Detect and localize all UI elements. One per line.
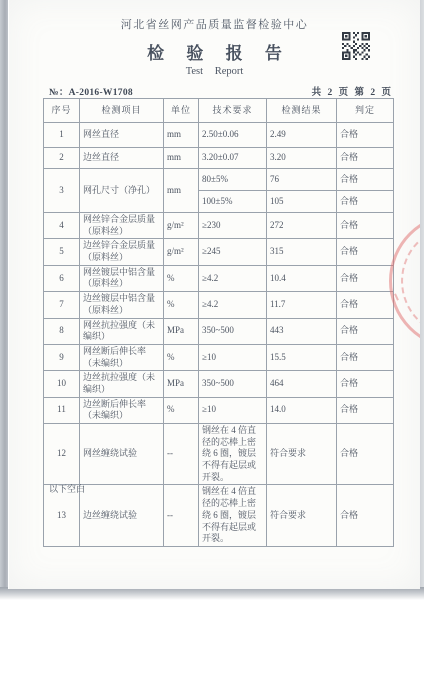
table-row: 5 边丝锌合金层质量（原料丝） g/m² ≥245 315 合格 xyxy=(44,239,394,265)
cell-item: 网丝镀层中铝含量（原料丝） xyxy=(80,265,164,291)
cell-unit: % xyxy=(164,265,199,291)
cell-requirement: 钢丝在 4 倍直径的芯棒上密绕 6 圈，镀层不得有起层或开裂。 xyxy=(199,424,267,485)
column-header-result: 检测结果 xyxy=(267,99,337,123)
cell-unit: % xyxy=(164,292,199,318)
cell-judgment: 合格 xyxy=(337,318,394,344)
qr-code-icon xyxy=(342,31,370,61)
cell-no: 6 xyxy=(44,265,80,291)
cell-requirement: 2.50±0.06 xyxy=(199,123,267,148)
cell-no: 1 xyxy=(44,123,80,148)
cell-result: 15.5 xyxy=(267,344,337,370)
cell-requirement: ≥4.2 xyxy=(199,265,267,291)
cell-no: 4 xyxy=(44,213,80,239)
table-row: 13 边丝缠绕试验 -- 钢丝在 4 倍直径的芯棒上密绕 6 圈，镀层不得有起层… xyxy=(44,485,394,546)
cell-no: 9 xyxy=(44,344,80,370)
table-row: 9 网丝断后伸长率（未编织） % ≥10 15.5 合格 xyxy=(44,344,394,370)
cell-item: 网丝抗拉强度（未编织） xyxy=(80,318,164,344)
cell-result: 76 xyxy=(267,169,337,191)
cell-unit: % xyxy=(164,344,199,370)
cell-no: 11 xyxy=(44,397,80,423)
cell-requirement: ≥230 xyxy=(199,213,267,239)
cell-item: 边丝直径 xyxy=(80,148,164,169)
cell-requirement: 钢丝在 4 倍直径的芯棒上密绕 6 圈，镀层不得有起层或开裂。 xyxy=(199,485,267,546)
cell-judgment: 合格 xyxy=(337,148,394,169)
cell-requirement: 350~500 xyxy=(199,318,267,344)
table-row: 6 网丝镀层中铝含量（原料丝） % ≥4.2 10.4 合格 xyxy=(44,265,394,291)
cell-judgment: 合格 xyxy=(337,485,394,546)
cell-item: 边丝镀层中铝含量（原料丝） xyxy=(80,292,164,318)
cell-no: 5 xyxy=(44,239,80,265)
cell-judgment: 合格 xyxy=(337,239,394,265)
table-row: 11 边丝断后伸长率（未编织） % ≥10 14.0 合格 xyxy=(44,397,394,423)
cell-result: 11.7 xyxy=(267,292,337,318)
report-number: №：A-2016-W1708 xyxy=(49,84,133,98)
cell-requirement: 80±5% xyxy=(199,169,267,191)
cell-requirement: 100±5% xyxy=(199,191,267,213)
cell-result: 315 xyxy=(267,239,337,265)
scanned-report-page: 河北省丝网产品质量监督检验中心 检 验 报 告 Test Report xyxy=(0,0,424,700)
cell-item: 边丝锌合金层质量（原料丝） xyxy=(80,239,164,265)
cell-judgment: 合格 xyxy=(337,424,394,485)
cell-judgment: 合格 xyxy=(337,344,394,370)
cell-result: 105 xyxy=(267,191,337,213)
cell-item: 网丝直径 xyxy=(80,123,164,148)
cell-requirement: ≥245 xyxy=(199,239,267,265)
table-row: 8 网丝抗拉强度（未编织） MPa 350~500 443 合格 xyxy=(44,318,394,344)
cell-result: 464 xyxy=(267,371,337,397)
cell-requirement: ≥10 xyxy=(199,344,267,370)
cell-requirement: ≥10 xyxy=(199,397,267,423)
column-header-no: 序号 xyxy=(44,99,80,123)
cell-unit: MPa xyxy=(164,371,199,397)
cell-item: 网丝锌合金层质量（原料丝） xyxy=(80,213,164,239)
cell-no: 2 xyxy=(44,148,80,169)
cell-unit: MPa xyxy=(164,318,199,344)
cell-result: 272 xyxy=(267,213,337,239)
cell-result: 14.0 xyxy=(267,397,337,423)
table-row: 7 边丝镀层中铝含量（原料丝） % ≥4.2 11.7 合格 xyxy=(44,292,394,318)
cell-unit: -- xyxy=(164,485,199,546)
cell-no: 3 xyxy=(44,169,80,213)
cell-item: 网丝缠绕试验 xyxy=(80,424,164,485)
cell-requirement: 350~500 xyxy=(199,371,267,397)
column-header-item: 检测项目 xyxy=(80,99,164,123)
cell-unit: % xyxy=(164,397,199,423)
cell-judgment: 合格 xyxy=(337,213,394,239)
cell-result: 符合要求 xyxy=(267,485,337,546)
cell-judgment: 合格 xyxy=(337,191,394,213)
table-row: 4 网丝锌合金层质量（原料丝） g/m² ≥230 272 合格 xyxy=(44,213,394,239)
cell-result: 443 xyxy=(267,318,337,344)
cell-result: 符合要求 xyxy=(267,424,337,485)
cell-item: 边丝抗拉强度（未编织） xyxy=(80,371,164,397)
cell-judgment: 合格 xyxy=(337,123,394,148)
cell-judgment: 合格 xyxy=(337,169,394,191)
table-row: 12 网丝缠绕试验 -- 钢丝在 4 倍直径的芯棒上密绕 6 圈，镀层不得有起层… xyxy=(44,424,394,485)
cell-unit: -- xyxy=(164,424,199,485)
cell-judgment: 合格 xyxy=(337,397,394,423)
cell-unit: g/m² xyxy=(164,213,199,239)
cell-item: 网孔尺寸（净孔） xyxy=(80,169,164,213)
cell-no: 10 xyxy=(44,371,80,397)
cell-requirement: 3.20±0.07 xyxy=(199,148,267,169)
cell-judgment: 合格 xyxy=(337,371,394,397)
cell-no: 12 xyxy=(44,424,80,485)
cell-judgment: 合格 xyxy=(337,265,394,291)
column-header-judgment: 判定 xyxy=(337,99,394,123)
table-row: 1 网丝直径 mm 2.50±0.06 2.49 合格 xyxy=(44,123,394,148)
report-meta-row: №：A-2016-W1708 共 2 页 第 2 页 xyxy=(49,84,393,98)
table-row: 10 边丝抗拉强度（未编织） MPa 350~500 464 合格 xyxy=(44,371,394,397)
cell-unit: mm xyxy=(164,169,199,213)
cell-result: 2.49 xyxy=(267,123,337,148)
results-table: 序号 检测项目 单位 技术要求 检测结果 判定 1 网丝直径 mm 2.50±0… xyxy=(43,98,394,547)
report-paper: 河北省丝网产品质量监督检验中心 检 验 报 告 Test Report xyxy=(8,0,420,589)
cell-item: 边丝缠绕试验 xyxy=(80,485,164,546)
cell-result: 10.4 xyxy=(267,265,337,291)
blank-below-note: 以下空白 xyxy=(49,482,85,495)
table-header-row: 序号 检测项目 单位 技术要求 检测结果 判定 xyxy=(44,99,394,123)
cell-item: 边丝断后伸长率（未编织） xyxy=(80,397,164,423)
cell-unit: mm xyxy=(164,148,199,169)
table-row: 2 边丝直径 mm 3.20±0.07 3.20 合格 xyxy=(44,148,394,169)
cell-no: 7 xyxy=(44,292,80,318)
cell-requirement: ≥4.2 xyxy=(199,292,267,318)
column-header-unit: 单位 xyxy=(164,99,199,123)
report-subtitle: Test Report xyxy=(9,66,420,77)
column-header-requirement: 技术要求 xyxy=(199,99,267,123)
cell-unit: mm xyxy=(164,123,199,148)
cell-result: 3.20 xyxy=(267,148,337,169)
org-name: 河北省丝网产品质量监督检验中心 xyxy=(9,16,420,32)
cell-unit: g/m² xyxy=(164,239,199,265)
cell-judgment: 合格 xyxy=(337,292,394,318)
cell-item: 网丝断后伸长率（未编织） xyxy=(80,344,164,370)
cell-no: 8 xyxy=(44,318,80,344)
table-row: 3 网孔尺寸（净孔） mm 80±5% 76 合格 xyxy=(44,169,394,191)
page-counter: 共 2 页 第 2 页 xyxy=(312,84,393,98)
